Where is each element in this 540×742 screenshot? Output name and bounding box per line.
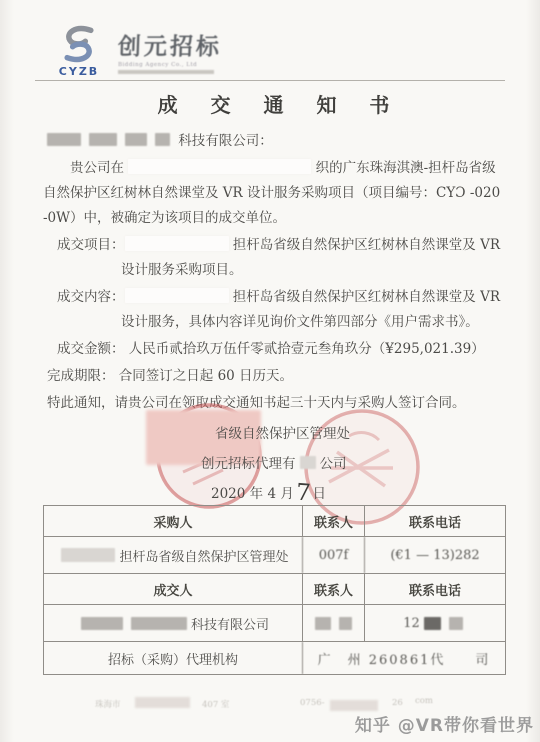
logo-abbr: CYZB: [59, 65, 99, 78]
award-content-line: 成交内容： 担杆岛省级自然保护区红树林自然课堂及 VR 设计服务，具体内容详见询…: [121, 285, 504, 335]
item-label: 完成期限：: [47, 368, 115, 384]
winner-name: 科技有限公司: [191, 614, 269, 633]
winner-row: 科技有限公司 12: [44, 604, 505, 641]
winner-phone: 12: [403, 616, 420, 631]
notice-line: 特此通知，请贵公司在领取成交通知书起三十天内与采购人签订合同。: [43, 391, 504, 416]
redaction-box: [339, 617, 352, 630]
date-text: 日: [312, 486, 326, 502]
intro-paragraph: 贵公司在 织的广东珠海淇澳-担杆岛省级自然保护区红树林自然课堂及 VR 设计服务…: [43, 156, 504, 231]
redaction-box: [315, 617, 331, 630]
header-divider: [35, 80, 505, 81]
header-purchaser: 采购人: [44, 506, 302, 536]
agency-name-part: 公司: [320, 456, 347, 472]
purchaser-org-signature: 省级自然保护区管理处: [215, 422, 350, 442]
item-label: 成交内容：: [57, 289, 125, 305]
redaction-box: [81, 617, 123, 630]
redaction-box: [449, 617, 463, 630]
agency-name-part: 创元招标代理有: [201, 456, 296, 472]
redaction-box: [125, 288, 229, 303]
redaction-box: [89, 133, 117, 146]
swirl-logo-icon: [57, 24, 101, 68]
footer-blur: [135, 697, 190, 708]
agency-value: 广 州 260861代 司: [302, 642, 505, 674]
award-project-line: 成交项目： 担杆岛省级自然保护区红树林自然课堂及 VR 设计服务采购项目。: [121, 233, 504, 283]
completion-deadline-line: 完成期限： 合同签订之日起 60 日历天。: [43, 364, 504, 389]
header-phone: 联系电话: [364, 574, 505, 604]
header-phone: 联系电话: [364, 506, 505, 536]
winner-phone-cell: 12: [364, 605, 505, 641]
table-header-row: 采购人 联系人 联系电话: [44, 506, 505, 536]
redaction-box: [128, 159, 311, 174]
winner-name-cell: 科技有限公司: [44, 605, 302, 641]
brand-caption: Bidding Agency Co., Ltd: [118, 62, 222, 68]
brand-block: 创元招标 Bidding Agency Co., Ltd: [118, 28, 222, 74]
agency-org-signature: 创元招标代理有公司: [201, 452, 347, 472]
award-amount-line: 成交金额： 人民币贰拾玖万伍仟零贰拾壹元叁角玖分（¥295,021.39）: [121, 337, 504, 362]
zhihu-watermark: 知乎 @VR带你看世界: [355, 711, 534, 736]
table-header-row: 成交人 联系人 联系电话: [44, 573, 505, 604]
salutation-line: 科技有限公司：: [43, 129, 504, 154]
handwritten-day: 7: [293, 479, 313, 506]
purchaser-phone: (€1 — 13)282: [364, 537, 505, 573]
agency-row: 招标（采购）代理机构 广 州 260861代 司: [44, 641, 505, 674]
redaction-box: [424, 617, 441, 630]
page-footer: 珠海市 407 室 0756- 26 com 知乎 @VR带你看世界: [0, 690, 540, 742]
footer-domain-fragment: com: [415, 696, 433, 706]
footer-room-fragment: 407 室: [202, 698, 229, 710]
company-logo: CYZB: [53, 24, 105, 78]
purchaser-contact: 007f: [302, 537, 364, 573]
footer-blur: [330, 700, 378, 711]
redaction-box: [131, 617, 187, 630]
agency-label: 招标（采购）代理机构: [44, 642, 302, 674]
winner-contact-cell: [302, 605, 364, 641]
redaction-box: [125, 236, 229, 251]
signature-block: 省自然保护区管理处 省级自然保护区管理处 创元招标代理有公司 2020 年 4 …: [43, 416, 504, 505]
item-text: 合同签订之日起 60 日历天。: [119, 368, 293, 384]
contact-table: 采购人 联系人 联系电话 担杆岛省级自然保护区管理处 007f (€1 — 13…: [43, 505, 506, 675]
redaction-box: [155, 133, 170, 146]
brand-name: 创元招标: [117, 28, 222, 61]
header-winner: 成交人: [44, 574, 302, 604]
item-text: 人民币贰拾玖万伍仟零贰拾壹元叁角玖分（¥295,021.39）: [129, 341, 485, 357]
redaction-box: [300, 456, 316, 469]
header-contact: 联系人: [302, 506, 364, 536]
purchaser-name: 担杆岛省级自然保护区管理处: [119, 546, 288, 565]
purchaser-row: 担杆岛省级自然保护区管理处 007f (€1 — 13)282: [44, 536, 505, 573]
signature-date: 2020 年 4 月7日: [211, 478, 326, 504]
brand-caption-blur: [118, 70, 214, 74]
redaction-box: [47, 133, 81, 146]
redaction-box: [61, 548, 115, 562]
document-title: 成 交 通 知 书: [56, 92, 504, 118]
letterhead: CYZB 创元招标 Bidding Agency Co., Ltd: [53, 0, 504, 78]
scanned-document-page: CYZB 创元招标 Bidding Agency Co., Ltd 成 交 通 …: [0, 0, 540, 742]
footer-phone-fragment: 0756-: [300, 698, 325, 708]
header-contact: 联系人: [302, 574, 364, 604]
purchaser-name-cell: 担杆岛省级自然保护区管理处: [44, 537, 302, 573]
item-label: 成交项目：: [57, 237, 125, 253]
redaction-box: [125, 133, 147, 146]
footer-number-fragment: 26: [392, 698, 403, 708]
item-label: 成交金额：: [57, 341, 125, 357]
recipient-company: 科技有限公司：: [178, 133, 273, 149]
date-text: 2020 年 4 月: [211, 486, 294, 502]
intro-text-before: 贵公司在: [70, 160, 124, 176]
footer-address-fragment: 珠海市: [95, 698, 121, 710]
